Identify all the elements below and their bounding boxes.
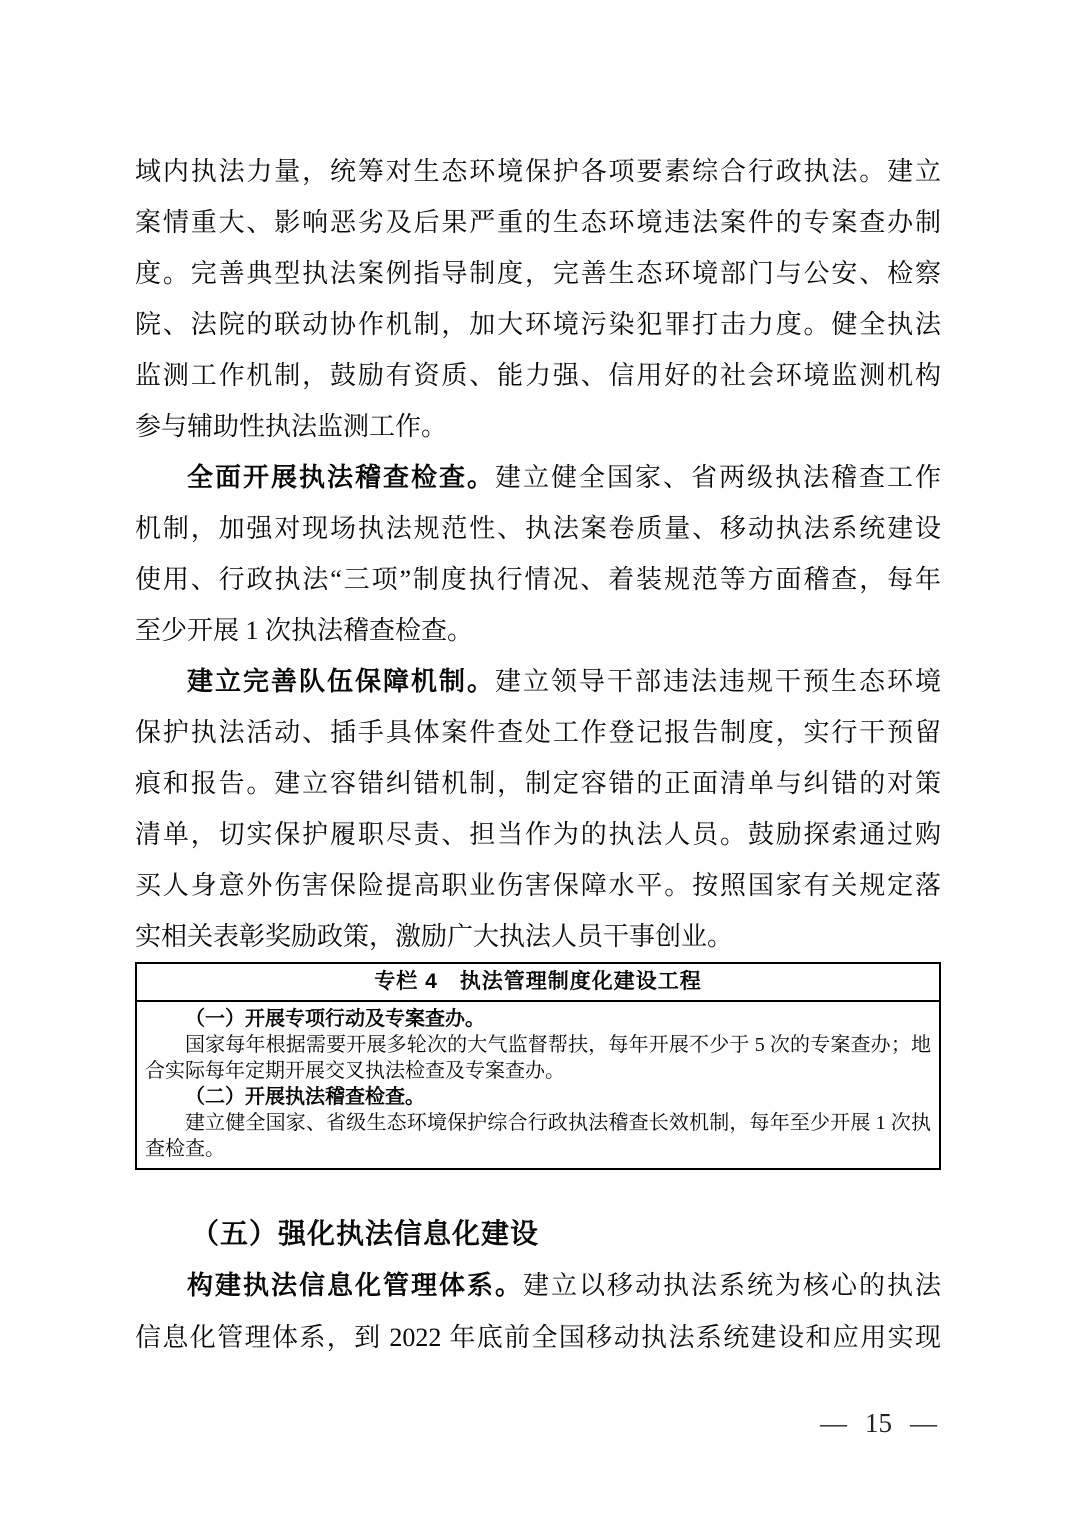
text-line: 案情重大、影响恶劣及后果严重的生态环境违法案件的专案查办制 <box>135 197 941 248</box>
box-item-2-text: 建立健全国家、省级生态环境保护综合行政执法稽查长效机制，每年至少开展 1 次执法… <box>145 1110 931 1162</box>
text-line: 实相关表彰奖励政策，激励广大执法人员干事创业。 <box>135 911 941 962</box>
text-line: 院、法院的联动协作机制，加大环境污染犯罪打击力度。健全执法 <box>135 299 941 350</box>
text-line: 机制，加强对现场执法规范性、执法案卷质量、移动执法系统建设 <box>135 503 941 554</box>
page-number-dash-left: — <box>820 1408 847 1439</box>
text-line: 度。完善典型执法案例指导制度，完善生态环境部门与公安、检察 <box>135 248 941 299</box>
column-box-4: 专栏 4 执法管理制度化建设工程 （一）开展专项行动及专案查办。 国家每年根据需… <box>135 962 941 1170</box>
text-line: 保护执法活动、插手具体案件查处工作登记报告制度，实行干预留 <box>135 707 941 758</box>
box-item-1-text: 国家每年根据需要开展多轮次的大气监督帮扶，每年开展不少于 5 次的专案查办；地方… <box>145 1032 931 1084</box>
paragraph-informatization: 构建执法信息化管理体系。建立以移动执法系统为核心的执法信息化管理体系，到 202… <box>135 1260 941 1364</box>
text-line: 建立健全国家、省级生态环境保护综合行政执法稽查长效机制，每年至少开展 1 次执法… <box>145 1110 931 1136</box>
paragraph-lead: 构建执法信息化管理体系。 <box>187 1271 523 1300</box>
paragraph-lead: 全面开展执法稽查检查。 <box>187 463 495 492</box>
text-line: 使用、行政执法“三项”制度执行情况、着装规范等方面稽查，每年 <box>135 554 941 605</box>
text-line: 合实际每年定期开展交叉执法检查及专案查办。 <box>145 1058 931 1084</box>
text-line: 至少开展 1 次执法稽查检查。 <box>135 605 941 656</box>
text-line: 国家每年根据需要开展多轮次的大气监督帮扶，每年开展不少于 5 次的专案查办；地方… <box>145 1032 931 1058</box>
text-line: 清单，切实保护履职尽责、担当作为的执法人员。鼓励探索通过购 <box>135 809 941 860</box>
paragraph-continued: 域内执法力量，统筹对生态环境保护各项要素综合行政执法。建立案情重大、影响恶劣及后… <box>135 146 941 452</box>
text-line: 信息化管理体系，到 2022 年底前全国移动执法系统建设和应用实现 <box>135 1312 941 1364</box>
text-line: 参与辅助性执法监测工作。 <box>135 401 941 452</box>
paragraph-inspection: 全面开展执法稽查检查。建立健全国家、省两级执法稽查工作机制，加强对现场执法规范性… <box>135 452 941 656</box>
text-line: 痕和报告。建立容错纠错机制，制定容错的正面清单与纠错的对策 <box>135 758 941 809</box>
box-item-2-heading: （二）开展执法稽查检查。 <box>145 1084 931 1110</box>
page-number-value: 15 <box>865 1408 892 1439</box>
text-line: 构建执法信息化管理体系。建立以移动执法系统为核心的执法 <box>135 1260 941 1312</box>
text-line: 建立完善队伍保障机制。建立领导干部违法违规干预生态环境 <box>135 656 941 707</box>
text-line: 全面开展执法稽查检查。建立健全国家、省两级执法稽查工作 <box>135 452 941 503</box>
paragraph-lead: 建立完善队伍保障机制。 <box>187 667 495 696</box>
page-number-dash-right: — <box>910 1408 937 1439</box>
paragraph-safeguard: 建立完善队伍保障机制。建立领导干部违法违规干预生态环境保护执法活动、插手具体案件… <box>135 656 941 962</box>
text-line: （一）开展专项行动及专案查办。 <box>145 1006 931 1032</box>
column-box-title: 专栏 4 执法管理制度化建设工程 <box>137 964 939 1002</box>
text-line: 域内执法力量，统筹对生态环境保护各项要素综合行政执法。建立 <box>135 146 941 197</box>
column-box-body: （一）开展专项行动及专案查办。 国家每年根据需要开展多轮次的大气监督帮扶，每年开… <box>137 1002 939 1168</box>
text-column: 域内执法力量，统筹对生态环境保护各项要素综合行政执法。建立案情重大、影响恶劣及后… <box>135 146 941 1439</box>
text-line: （二）开展执法稽查检查。 <box>145 1084 931 1110</box>
text-line: 买人身意外伤害保险提高职业伤害保障水平。按照国家有关规定落 <box>135 860 941 911</box>
box-item-1-heading: （一）开展专项行动及专案查办。 <box>145 1006 931 1032</box>
page-number: — 15 — <box>135 1408 941 1439</box>
text-line: 查检查。 <box>145 1136 931 1162</box>
section-heading: （五）强化执法信息化建设 <box>135 1210 941 1260</box>
text-line: 监测工作机制，鼓励有资质、能力强、信用好的社会环境监测机构 <box>135 350 941 401</box>
document-page: 域内执法力量，统筹对生态环境保护各项要素综合行政执法。建立案情重大、影响恶劣及后… <box>0 0 1074 1520</box>
